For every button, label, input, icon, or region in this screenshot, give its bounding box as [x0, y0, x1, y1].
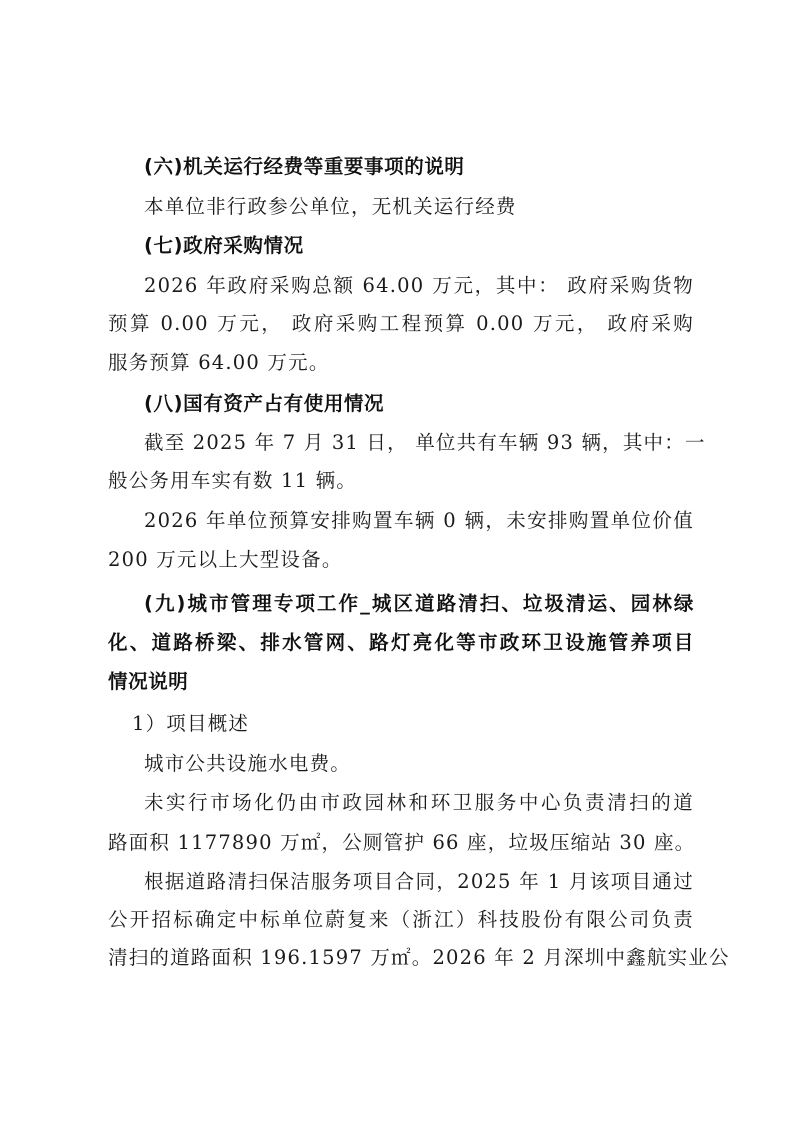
paragraph-line: 未实行市场化仍由市政园林和环卫服务中心负责清扫的道	[144, 791, 694, 815]
paragraph-line: 般公务用车实有数 11 辆。	[108, 469, 357, 493]
section-heading-9-cont: 化、道路桥梁、排水管网、路灯亮化等市政环卫设施管养项目	[108, 631, 694, 655]
paragraph-line: 城市公共设施水电费。	[144, 752, 351, 776]
paragraph-line: 服务预算 64.00 万元。	[108, 351, 330, 375]
section-heading-6: (六)机关运行经费等重要事项的说明	[144, 155, 465, 179]
section-heading-8: (八)国有资产占有使用情况	[144, 392, 384, 416]
paragraph-line: 路面积 1177890 万㎡，公厕管护 66 座，垃圾压缩站 30 座。	[108, 831, 695, 855]
subheading-project-overview: 1）项目概述	[132, 712, 249, 736]
paragraph-line: 根据道路清扫保洁服务项目合同，2025 年 1 月该项目通过	[144, 870, 694, 894]
section-heading-9: (九)城市管理专项工作_城区道路清扫、垃圾清运、园林绿	[144, 592, 694, 616]
paragraph-line: 2026 年单位预算安排购置车辆 0 辆，未安排购置单位价值	[144, 509, 694, 533]
paragraph-line: 2026 年政府采购总额 64.00 万元，其中： 政府采购货物	[144, 274, 694, 298]
paragraph-line: 预算 0.00 万元， 政府采购工程预算 0.00 万元， 政府采购	[108, 312, 694, 336]
section-heading-7: (七)政府采购情况	[144, 234, 304, 258]
paragraph-line: 截至 2025 年 7 月 31 日， 单位共有车辆 93 辆，其中：一	[144, 431, 694, 455]
paragraph-line: 公开招标确定中标单位蔚复来（浙江）科技股份有限公司负责	[108, 908, 694, 932]
paragraph-line: 清扫的道路面积 196.1597 万㎡。2026 年 2 月深圳中鑫航实业公	[108, 946, 694, 970]
section-heading-9-cont: 情况说明	[108, 670, 188, 694]
paragraph-line: 本单位非行政参公单位，无机关运行经费	[144, 195, 517, 219]
paragraph-line: 200 万元以上大型设备。	[108, 548, 343, 572]
